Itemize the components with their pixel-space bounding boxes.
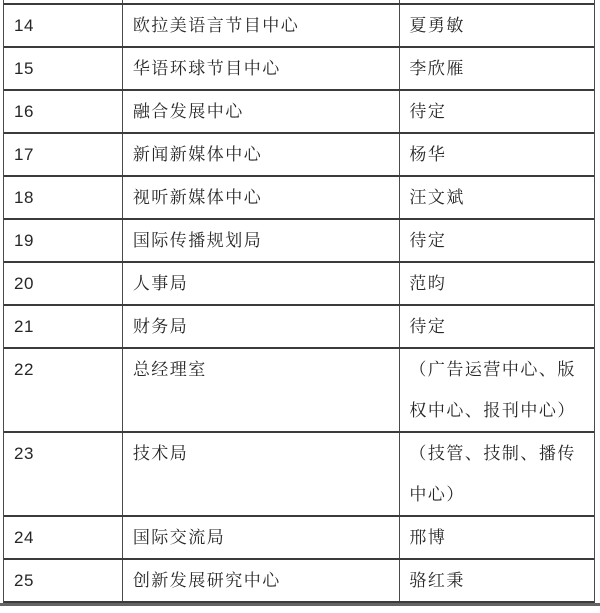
row-number-cell: 19	[4, 220, 122, 261]
department-cell: 创新发展研究中心	[122, 560, 400, 601]
table-row: 25 创新发展研究中心 骆红秉	[4, 560, 594, 603]
department-cell: 总经理室	[122, 349, 400, 431]
row-number-cell: 21	[4, 306, 122, 347]
department-cell: 国际传播规划局	[122, 220, 400, 261]
row-number-cell: 15	[4, 48, 122, 89]
department-cell: 融合发展中心	[122, 91, 400, 132]
department-cell: 财务局	[122, 306, 400, 347]
department-cell: 国际交流局	[122, 517, 400, 558]
head-cell	[399, 0, 594, 3]
row-number-cell: 24	[4, 517, 122, 558]
org-table: 14 欧拉美语言节目中心 夏勇敏 15 华语环球节目中心 李欣雁 16 融合发展…	[3, 0, 595, 603]
table-row: 23 技术局 （技管、技制、播传中心）	[4, 433, 594, 517]
department-cell	[122, 0, 400, 3]
row-number-cell: 22	[4, 349, 122, 431]
row-number-cell: 23	[4, 433, 122, 515]
head-cell: 邢博	[399, 517, 594, 558]
page-bottom-divider	[0, 603, 600, 606]
department-cell: 新闻新媒体中心	[122, 134, 400, 175]
row-number-cell: 17	[4, 134, 122, 175]
head-cell: 待定	[399, 306, 594, 347]
table-row: 17 新闻新媒体中心 杨华	[4, 134, 594, 177]
head-cell: 范昀	[399, 263, 594, 304]
table-row: 14 欧拉美语言节目中心 夏勇敏	[4, 5, 594, 48]
head-cell: 汪文斌	[399, 177, 594, 218]
head-cell: （技管、技制、播传中心）	[399, 433, 594, 515]
table-row: 18 视听新媒体中心 汪文斌	[4, 177, 594, 220]
row-number-cell: 25	[4, 560, 122, 601]
row-number-cell: 18	[4, 177, 122, 218]
table-row: 20 人事局 范昀	[4, 263, 594, 306]
row-number-cell: 14	[4, 5, 122, 46]
head-cell: 骆红秉	[399, 560, 594, 601]
head-cell: （广告运营中心、版权中心、报刊中心）	[399, 349, 594, 431]
department-cell: 视听新媒体中心	[122, 177, 400, 218]
head-cell: 夏勇敏	[399, 5, 594, 46]
department-cell: 华语环球节目中心	[122, 48, 400, 89]
head-cell: 待定	[399, 91, 594, 132]
head-cell: 待定	[399, 220, 594, 261]
table-row: 24 国际交流局 邢博	[4, 517, 594, 560]
row-number-cell: 16	[4, 91, 122, 132]
table-row: 22 总经理室 （广告运营中心、版权中心、报刊中心）	[4, 349, 594, 433]
document-page: 14 欧拉美语言节目中心 夏勇敏 15 华语环球节目中心 李欣雁 16 融合发展…	[0, 0, 600, 613]
table-row: 19 国际传播规划局 待定	[4, 220, 594, 263]
table-row: 15 华语环球节目中心 李欣雁	[4, 48, 594, 91]
department-cell: 欧拉美语言节目中心	[122, 5, 400, 46]
department-cell: 技术局	[122, 433, 400, 515]
table-row: 16 融合发展中心 待定	[4, 91, 594, 134]
head-cell: 杨华	[399, 134, 594, 175]
department-cell: 人事局	[122, 263, 400, 304]
table-row: 21 财务局 待定	[4, 306, 594, 349]
head-cell: 李欣雁	[399, 48, 594, 89]
row-number-cell	[4, 0, 122, 3]
row-number-cell: 20	[4, 263, 122, 304]
